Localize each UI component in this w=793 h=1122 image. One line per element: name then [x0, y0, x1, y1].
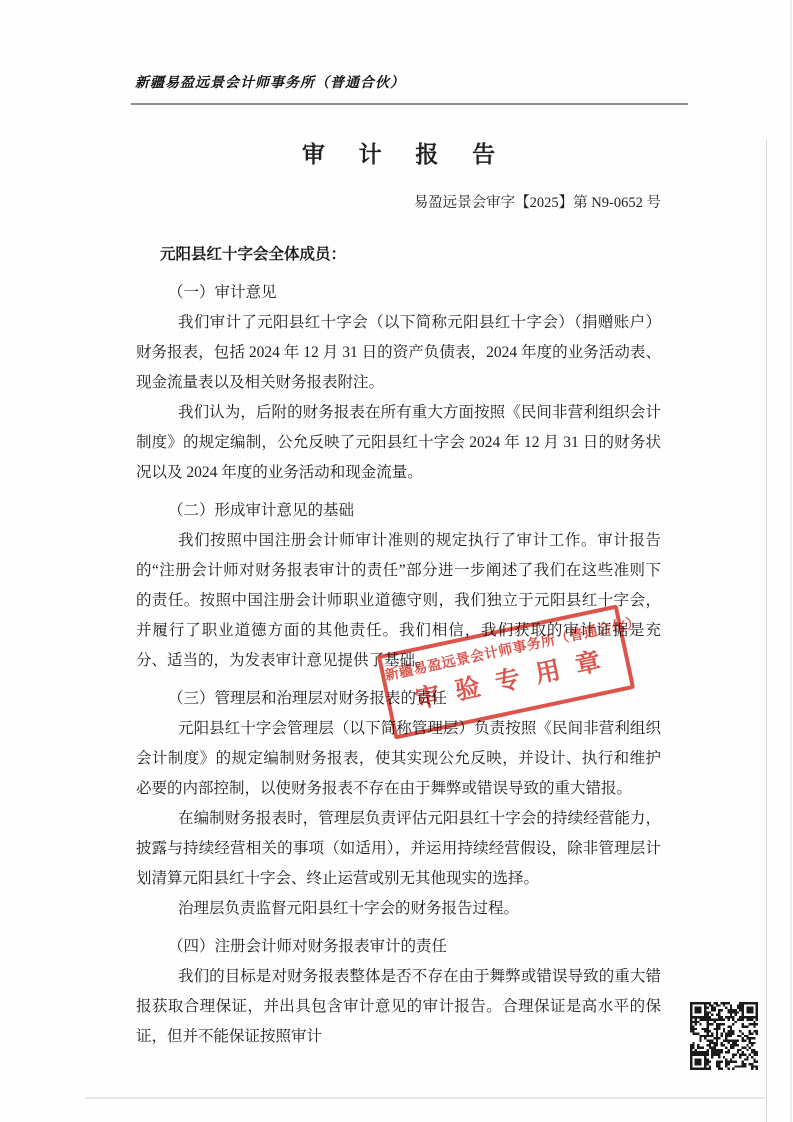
scan-artifact-horizontal — [85, 1097, 765, 1099]
qr-code-icon — [690, 1002, 758, 1070]
paragraph: 治理层负责监督元阳县红十字会的财务报告过程。 — [136, 894, 661, 924]
page-title: 审 计 报 告 — [136, 136, 661, 169]
paragraph: 在编制财务报表时，管理层负责评估元阳县红十字会的持续经营能力，披露与持续经营相关… — [136, 804, 661, 894]
section-heading-1: （一）审计意见 — [136, 278, 661, 308]
firm-name: 新疆易盈远景会计师事务所（普通合伙） — [135, 72, 688, 92]
paragraph: 我们认为，后附的财务报表在所有重大方面按照《民间非营利组织会计制度》的规定编制，… — [136, 398, 661, 488]
section-heading-2: （二）形成审计意见的基础 — [136, 496, 661, 526]
audit-report-page: 新疆易盈远景会计师事务所（普通合伙） 审 计 报 告 易盈远景会审字【2025】… — [0, 0, 793, 1122]
scan-artifact-vertical — [766, 140, 767, 1122]
section-heading-4: （四）注册会计师对财务报表审计的责任 — [136, 932, 661, 962]
page-edge-shadow — [790, 0, 792, 1122]
header-rule — [131, 103, 688, 105]
salutation: 元阳县红十字会全体成员： — [136, 240, 661, 270]
reference-number: 易盈远景会审字【2025】第 N9-0652 号 — [136, 191, 661, 212]
paragraph: 我们审计了元阳县红十字会（以下简称元阳县红十字会）（捐赠账户）财务报表，包括 2… — [136, 308, 661, 398]
paragraph: 我们的目标是对财务报表整体是否不存在由于舞弊或错误导致的重大错报获取合理保证，并… — [136, 962, 661, 1052]
